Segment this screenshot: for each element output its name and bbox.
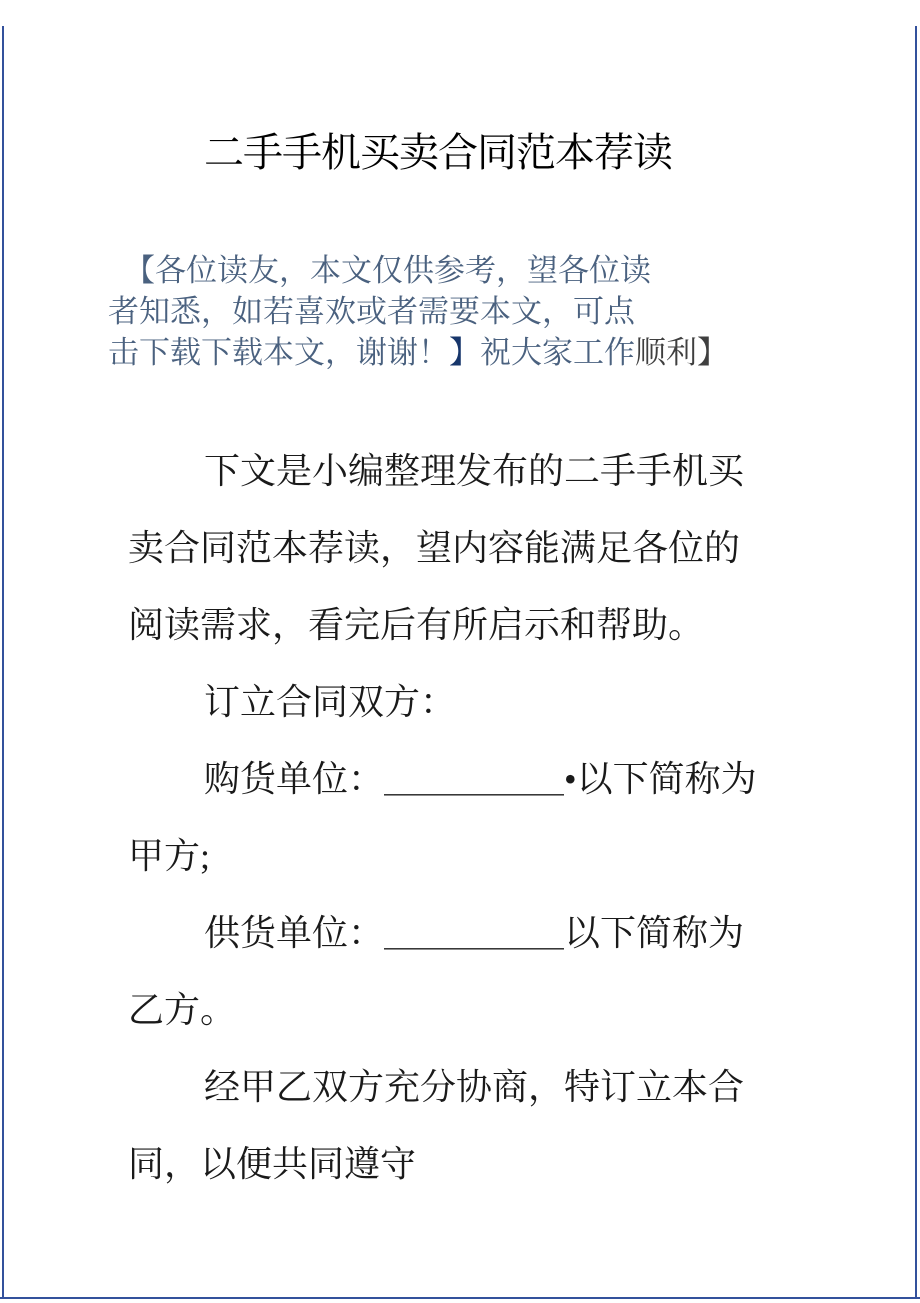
notice-text-segment: 祝大家工作: [480, 335, 635, 370]
body-line: 下文是小编整理发布的二手手机买: [128, 433, 808, 510]
document-title: 二手手机买卖合同范本荐读: [108, 128, 768, 178]
page-border-right: [915, 26, 917, 1299]
body-line: 同，以便共同遵守: [128, 1126, 808, 1203]
body-line: 甲方;: [128, 818, 808, 895]
document-page: 二手手机买卖合同范本荐读 【各位读友，本文仅供参考，望各位读者知悉，如若喜欢或者…: [0, 0, 920, 1303]
notice-text-segment: 】: [449, 335, 480, 370]
body-line: 经甲乙双方充分协商，特订立本合: [128, 1049, 808, 1126]
body-line: 乙方。: [128, 972, 808, 1049]
notice-paragraph: 【各位读友，本文仅供参考，望各位读者知悉，如若喜欢或者需要本文，可点击下载下载本…: [108, 250, 768, 373]
notice-text-segment: 者知悉，如若喜欢或者需要本文，可点: [108, 294, 635, 329]
page-border-bottom: [0, 1297, 920, 1299]
body-line: 阅读需求，看完后有所启示和帮助。: [128, 587, 808, 664]
notice-text-segment: 击下载下载本文，谢谢！: [108, 335, 449, 370]
body-paragraphs: 下文是小编整理发布的二手手机买卖合同范本荐读，望内容能满足各位的阅读需求，看完后…: [128, 433, 808, 1203]
notice-text-segment: 【各位读友，本文仅供参考，望各位读: [124, 253, 651, 288]
notice-text-segment: 顺利】: [635, 335, 728, 370]
body-line: 购货单位：＿＿＿＿＿•以下简称为: [128, 741, 808, 818]
notice-line: 【各位读友，本文仅供参考，望各位读: [108, 250, 768, 291]
body-line: 订立合同双方：: [128, 664, 808, 741]
body-line: 供货单位：＿＿＿＿＿以下简称为: [128, 895, 808, 972]
notice-line: 者知悉，如若喜欢或者需要本文，可点: [108, 291, 768, 332]
notice-line: 击下载下载本文，谢谢！】祝大家工作顺利】: [108, 332, 768, 373]
page-border-left: [2, 26, 4, 1299]
body-line: 卖合同范本荐读，望内容能满足各位的: [128, 510, 808, 587]
